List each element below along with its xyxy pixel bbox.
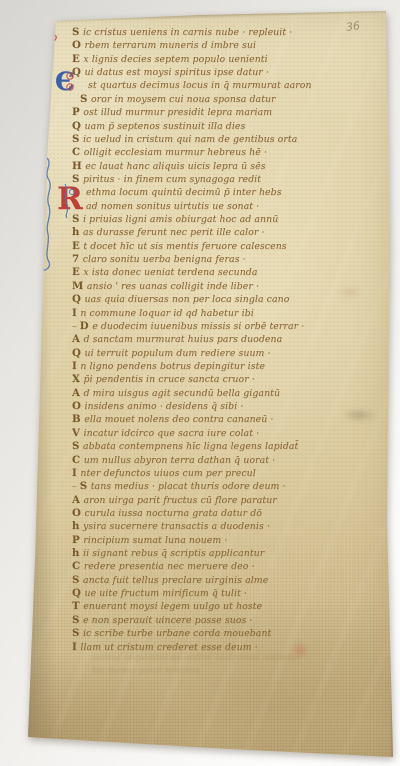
versal-initial: S [72,213,79,226]
line-text: aron uirga parit fructus cū flore paratu… [84,495,277,506]
line-text: e duodecim iuuenibus missis si orbē terr… [92,321,304,332]
versal-initial: H [72,160,82,173]
manuscript-line: hysira sucernere transactis a duodenis · [72,520,338,533]
line-text: ancta fuit tellus preclare uirginis alme [83,575,268,586]
manuscript-line: Si priuias ligni amis obiurgat hoc ad an… [72,213,338,226]
versal-initial: C [72,146,80,159]
versal-initial: B [72,413,81,426]
line-text: enuerant moysi legem uulgo ut hoste [83,601,262,612]
line-text: piritus · in finem cum synagoga redit [83,174,261,185]
manuscript-line: Ad mira uisgus agit secundū bella gigant… [72,387,338,400]
line-text: abbata contempnens hīc ligna legens lapi… [83,441,298,452]
line-text: i priuias ligni amis obiurgat hoc ad ann… [83,214,278,225]
versal-initial: Q [72,347,81,360]
manuscript-line: Illam ut cristum crederet esse deum · [72,641,338,654]
versal-initial: S [72,440,79,453]
line-text: ui terruit populum dum rediere suum · [84,348,270,359]
manuscript-line: Oinsidens animo · desidens q̄ sibi · [72,400,338,413]
versal-initial: Q [72,293,81,306]
leaf-top-edge [46,2,394,23]
manuscript-line: Cum nullus abyron terra dathan q̄ uorat … [72,454,338,467]
versal-initial: I [72,360,77,373]
line-text: ii signant rebus q̄ scriptis applicantur [83,548,264,559]
manuscript-line: Sic uelud in cristum qui nam de gentibus… [72,133,338,146]
versal-initial: S [72,627,79,640]
versal-initial: E [72,53,80,66]
line-text: ec lauat hanc aliquis uicis lepra ū sēs [85,161,265,172]
show-through-line: uersus sequentes de ordine castrorum not… [92,653,312,665]
line-text: nter defunctos uiuos cum per precul [80,468,255,479]
manuscript-line: Ad sanctam murmurat huius pars duodena [72,333,338,346]
manuscript-line: Que uite fructum mirificum q̄ tulit · [72,587,338,600]
line-text: st quartus decimus locus in q̄ murmurat … [88,80,312,91]
versal-initial: D [80,320,89,333]
versal-initial: I [72,467,77,480]
line-text: um nullus abyron terra dathan q̄ uorat · [84,455,275,466]
line-text: p̄i pendentis in cruce sancta cruor · [84,374,255,385]
margin-mark: – [72,480,77,493]
line-text: t docet hīc ut sis mentis feruore calesc… [83,241,286,252]
manuscript-line: Mansio ' res uanas colligit inde liber · [72,280,338,293]
line-text: uam p̄ septenos sustinuit illa dies [84,121,245,132]
parchment-leaf-shadow: Є R Sic cristus ueniens in carnis nube ·… [0,0,400,766]
line-text: claro sonitu uerba benigna feras · [83,254,246,265]
line-text: rincipium sumat luna nouem · [83,535,227,546]
versal-initial: I [72,641,77,654]
manuscript-line: Qui terruit populum dum rediere suum · [72,347,338,360]
line-text: uas quia diuersas non per loca singla ca… [84,294,289,305]
manuscript-line: –Stans medius · placat thuris odore deum… [72,480,338,493]
manuscript-line: In commune loquar id qd habetur ibi [72,307,338,320]
margin-smudge [342,408,376,422]
manuscript-line: Sabbata contempnens hīc ligna legens lap… [72,440,338,453]
manuscript-line: Ex lignis decies septem populo uenienti [72,53,338,66]
versal-initial: A [72,333,80,346]
line-text: redere presentia nec meruere deo · [84,561,255,572]
versal-initial: E [72,266,80,279]
versal-initial: S [72,614,79,627]
line-text: ue uite fructum mirificum q̄ tulit · [84,588,246,599]
versal-initial: O [72,39,81,52]
line-text: ysira sucernere transactis a duodenis · [83,521,270,532]
blue-flourish-line [40,158,50,270]
manuscript-line: Orbem terrarum muneris d imbre sui [72,39,338,52]
versal-initial: I [72,307,77,320]
leaf-bottom-edge [14,737,400,766]
manuscript-line: Ex ista donec ueniat terdena secunda [72,266,338,279]
versal-initial: S [80,93,87,106]
manuscript-photo: Є R Sic cristus ueniens in carnis nube ·… [0,0,400,766]
versal-initial: 7 [72,253,79,266]
versal-initial: P [72,106,80,119]
text-block: Sic cristus ueniens in carnis nube · rep… [72,26,338,654]
versal-initial: h [72,547,80,560]
versal-initial: V [72,427,80,440]
manuscript-line: Hec lauat hanc aliquis uicis lepra ū sēs [72,160,338,173]
line-text: ethma locum quintū decimū p̄ inter hebs [86,187,282,198]
leaf-right-edge [390,6,398,762]
manuscript-line: Et docet hīc ut sis mentis feruore cales… [72,240,338,253]
versal-initial: O [72,507,81,520]
manuscript-line: Vincatur idcirco que sacra iure colat · [72,427,338,440]
versal-initial: M [72,280,83,293]
versal-initial: S [72,574,79,587]
versal-initial: S [72,173,79,186]
line-text: x ista donec ueniat terdena secunda [83,267,257,278]
versal-initial: E [72,240,80,253]
line-text: llam ut cristum crederet esse deum · [80,642,257,653]
manuscript-line: In ligno pendens botrus depingitur iste [72,360,338,373]
versal-initial: A [72,494,80,507]
line-text: ic uelud in cristum qui nam de gentibus … [83,134,297,145]
manuscript-line: Principium sumat luna nouem · [72,534,338,547]
folio-number: 36 [345,19,360,34]
line-text: d mira uisgus agit secundū bella gigantū [84,388,281,399]
versal-initial: O [72,400,81,413]
versal-initial: C [72,560,80,573]
manuscript-line: hii signant rebus q̄ scriptis applicantu… [72,547,338,560]
manuscript-line: Quam p̄ septenos sustinuit illa dies [72,120,338,133]
manuscript-line: Soror in moysem cui noua sponsa datur [72,93,338,106]
line-text: incatur idcirco que sacra iure colat · [84,428,260,439]
versal-initial: P [72,534,80,547]
versal-initial: S [80,480,87,493]
line-text: ansio ' res uanas colligit inde liber · [87,281,259,292]
versal-initial: S [72,133,79,146]
versal-initial: Q [72,120,81,133]
line-text: ic scribe turbe urbane corda mouebant [83,628,271,639]
line-text: ost illud murmur presidit lepra mariam [83,107,272,118]
line-text: n ligno pendens botrus depingitur iste [80,361,265,372]
line-text: ic cristus ueniens in carnis nube · repl… [83,27,292,38]
line-text: x lignis decies septem populo uenienti [83,54,267,65]
versal-initial: C [72,454,80,467]
manuscript-line: –De duodecim iuuenibus missis si orbē te… [72,320,338,333]
line-text: e non sperauit uincere posse suos · [83,615,253,626]
line-text: d sanctam murmurat huius pars duodena [84,334,283,345]
line-text: rbem terrarum muneris d imbre sui [84,40,256,51]
manuscript-line: Bella mouet nolens deo contra cananeū · [72,413,338,426]
margin-smudge [336,286,362,298]
manuscript-line: Credere presentia nec meruere deo · [72,560,338,573]
manuscript-line: Se non sperauit uincere posse suos · [72,614,338,627]
versal-initial: S [72,26,79,39]
manuscript-line: Ocurula iussa nocturna grata datur dō [72,507,338,520]
versal-initial: T [72,600,80,613]
manuscript-line: has durasse ferunt nec perit ille calor … [72,226,338,239]
line-text: ui datus est moysi spiritus ipse datur · [84,67,268,78]
versal-initial: X [72,373,80,386]
versal-initial: Q [72,66,81,79]
manuscript-line: Quas quia diuersas non per loca singla c… [72,293,338,306]
line-text: oror in moysem cui noua sponsa datur [91,94,276,105]
line-text: curula iussa nocturna grata datur dō [84,508,261,519]
show-through-line: hic mensa parat minimis [92,666,312,678]
versal-initial: h [72,226,80,239]
manuscript-line: st quartus decimus locus in q̄ murmurat … [72,79,338,92]
versal-initial: Q [72,587,81,600]
manuscript-line: Qui datus est moysi spiritus ipse datur … [72,66,338,79]
versal-initial: h [72,520,80,533]
line-text: tans medius · placat thuris odore deum · [91,481,286,492]
margin-mark: – [72,320,77,333]
manuscript-line: Post illud murmur presidit lepra mariam [72,106,338,119]
manuscript-line: Sic cristus ueniens in carnis nube · rep… [72,26,338,39]
manuscript-line: Sic scribe turbe urbane corda mouebant [72,627,338,640]
parchment-leaf: Є R Sic cristus ueniens in carnis nube ·… [0,0,400,766]
manuscript-line: Spiritus · in finem cum synagoga redit [72,173,338,186]
manuscript-line: Sancta fuit tellus preclare uirginis alm… [72,574,338,587]
manuscript-line: Colligit ecclesiam murmur hebreus hē · [72,146,338,159]
line-text: ella mouet nolens deo contra cananeū · [84,414,273,425]
manuscript-line: ethma locum quintū decimū p̄ inter hebs [72,186,338,199]
manuscript-line: ad nomen sonitus uirtutis ue sonat · [72,200,338,213]
manuscript-line: Tenuerant moysi legem uulgo ut hoste [72,600,338,613]
line-text: ad nomen sonitus uirtutis ue sonat · [86,201,259,212]
line-text: n commune loquar id qd habetur ibi [80,308,253,319]
versal-initial: A [72,387,80,400]
manuscript-line: Aaron uirga parit fructus cū flore parat… [72,494,338,507]
line-text: as durasse ferunt nec perit ille calor · [83,227,265,238]
line-text: insidens animo · desidens q̄ sibi · [84,401,243,412]
manuscript-line: Xp̄i pendentis in cruce sancta cruor · [72,373,338,386]
line-text: olligit ecclesiam murmur hebreus hē · [84,147,267,158]
manuscript-line: Inter defunctos uiuos cum per precul [72,467,338,480]
manuscript-line: 7claro sonitu uerba benigna feras · [72,253,338,266]
